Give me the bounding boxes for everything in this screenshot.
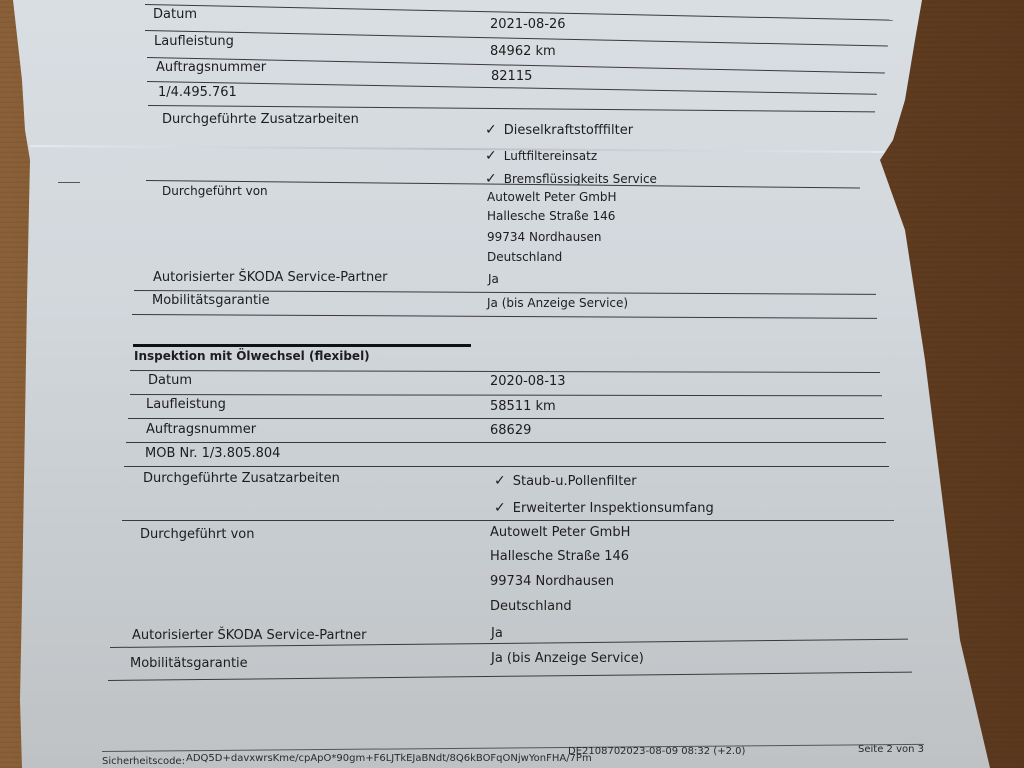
workshop-city: 99734 Nordhausen [490, 574, 614, 589]
security-code-label: Sicherheitscode: [102, 756, 185, 767]
row-divider [128, 418, 884, 419]
mobility-guarantee-label: Mobilitätsgarantie [152, 293, 270, 308]
row-divider [122, 520, 894, 521]
workshop-country: Deutschland [487, 250, 562, 264]
date-label: Datum [148, 373, 192, 388]
extra-work-label: Durchgeführte Zusatzarbeiten [162, 112, 359, 127]
section-title: Inspektion mit Ölwechsel (flexibel) [134, 349, 370, 363]
authorized-partner-label: Autorisierter ŠKODA Service-Partner [153, 270, 388, 285]
mileage-label: Laufleistung [146, 397, 226, 412]
performed-by-label: Durchgeführt von [162, 184, 268, 198]
workshop-city: 99734 Nordhausen [487, 230, 601, 244]
workshop-country: Deutschland [490, 599, 572, 614]
order-number-label: Auftragsnummer [156, 60, 266, 75]
order-number-label: Auftragsnummer [146, 422, 256, 437]
date-label: Datum [153, 7, 197, 22]
performed-by-label: Durchgeführt von [140, 527, 254, 542]
extra-work-item: Staub-u.Pollenfilter [494, 473, 637, 489]
section-heading-bar [133, 344, 471, 347]
extra-work-item: Dieselkraftstofffilter [485, 122, 633, 138]
order-number-value: 68629 [490, 423, 531, 438]
paper-fold-crease [30, 145, 890, 153]
mileage-value: 58511 km [490, 399, 556, 414]
order-number-value: 82115 [491, 69, 532, 84]
extra-work-label: Durchgeführte Zusatzarbeiten [143, 471, 340, 486]
mobility-guarantee-value: Ja (bis Anzeige Service) [491, 651, 644, 666]
mileage-value: 84962 km [490, 44, 556, 59]
row-divider [126, 442, 886, 443]
row-divider [124, 466, 889, 467]
page-indicator: Seite 2 von 3 [858, 744, 924, 755]
mileage-label: Laufleistung [154, 34, 234, 49]
mobility-guarantee-label: Mobilitätsgarantie [130, 656, 248, 671]
margin-mark [58, 182, 80, 183]
date-value: 2021-08-26 [490, 17, 566, 32]
authorized-partner-value: Ja [491, 626, 503, 641]
workshop-name: Autowelt Peter GmbH [487, 190, 617, 204]
extra-work-item: Erweiterter Inspektionsumfang [494, 500, 714, 516]
security-code: ADQ5D+davxwrsKme/cpApO*90gm+F6LJTkEJaBNd… [186, 753, 592, 764]
mob-number: 1/4.495.761 [158, 85, 237, 100]
date-value: 2020-08-13 [490, 374, 566, 389]
workshop-name: Autowelt Peter GmbH [490, 525, 630, 540]
workshop-street: Hallesche Straße 146 [487, 209, 615, 223]
authorized-partner-value: Ja [488, 272, 499, 286]
extra-work-item: Luftfiltereinsatz [485, 148, 597, 164]
workshop-street: Hallesche Straße 146 [490, 549, 629, 564]
mob-number: MOB Nr. 1/3.805.804 [145, 446, 280, 461]
authorized-partner-label: Autorisierter ŠKODA Service-Partner [132, 628, 367, 643]
mobility-guarantee-value: Ja (bis Anzeige Service) [487, 296, 628, 310]
dealer-id: DE210870 [568, 746, 620, 757]
print-timestamp: 2023-08-09 08:32 (+2.0) [620, 746, 745, 757]
